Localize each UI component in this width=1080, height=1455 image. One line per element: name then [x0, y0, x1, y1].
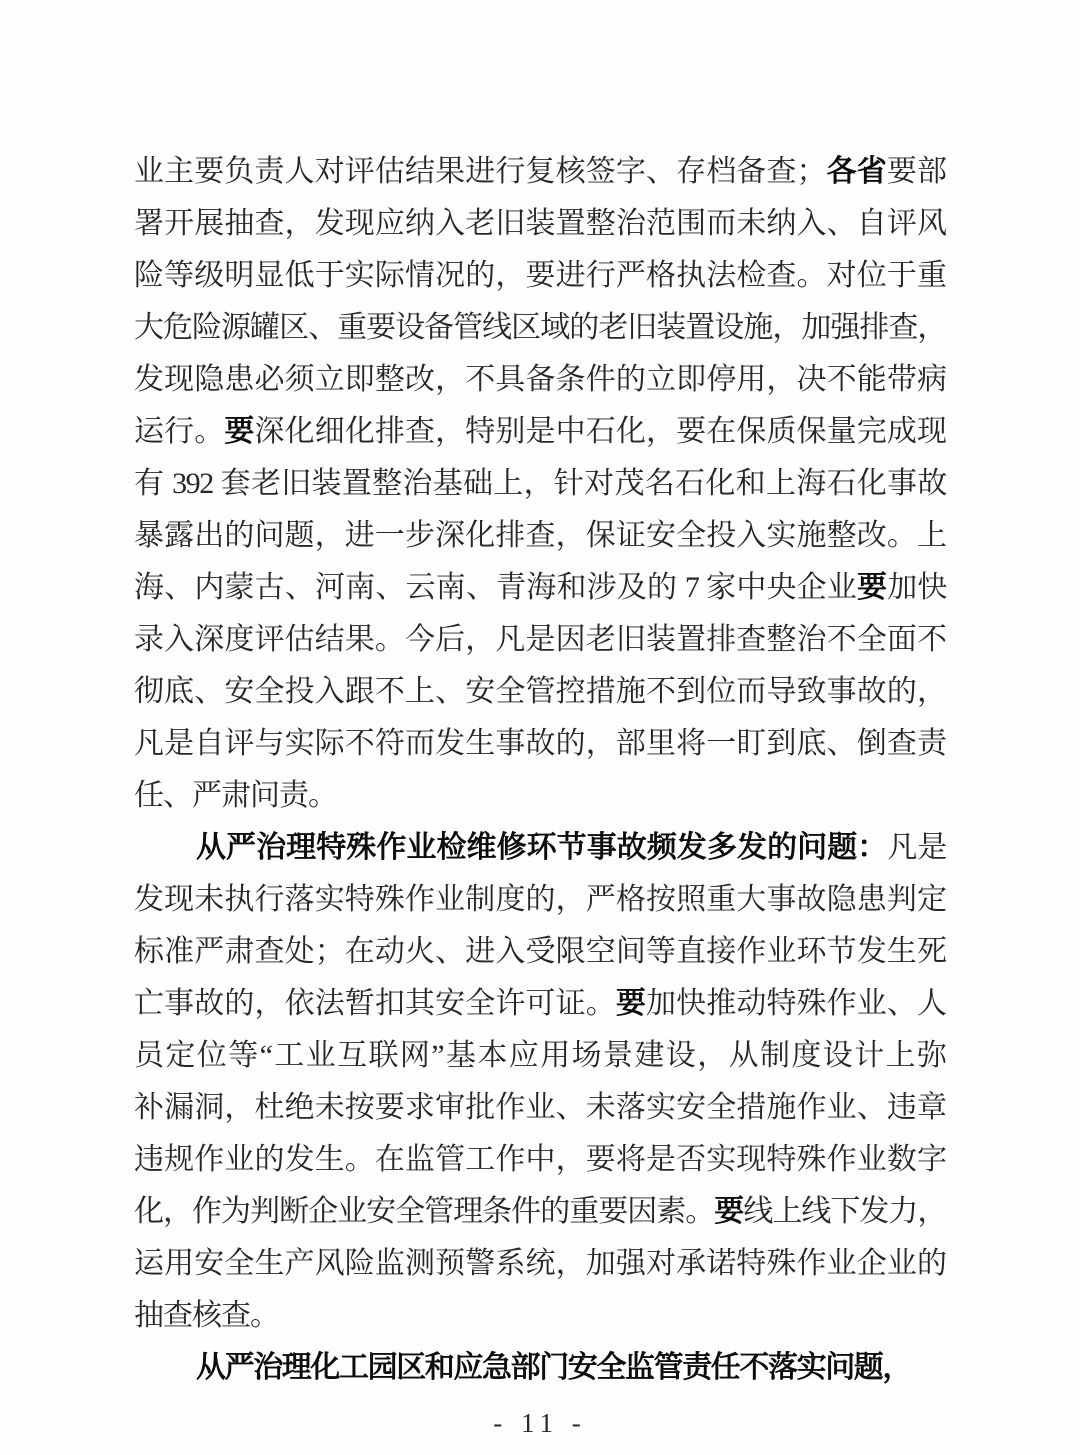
text-block: 业主要负责人对评估结果进行复核签字、存档备查；各省要部署开展抽查，发现应纳入老旧… [134, 146, 946, 1394]
text-run: 凡是自评与实际不符而发生事故的，部里将一盯到底、倒查责 [134, 727, 946, 760]
bold-text-run: 要 [857, 571, 887, 604]
text-run: 业主要负责人对评估结果进行复核签字、存档备查； [134, 155, 826, 188]
text-run: 署开展抽查，发现应纳入老旧装置整治范围而未纳入、自评风 [134, 207, 946, 240]
text-line: 标准严肃查处；在动火、进入受限空间等直接作业环节发生死 [134, 926, 946, 978]
text-line: 亡事故的，依法暂扣其安全许可证。要加快推动特殊作业、人 [134, 978, 946, 1030]
text-run: 线上线下发力， [743, 1195, 946, 1228]
text-run: 化，作为判断企业安全管理条件的重要因素。 [134, 1195, 714, 1228]
text-line: 员定位等“工业互联网”基本应用场景建设，从制度设计上弥 [134, 1030, 946, 1082]
text-run: 要部 [887, 155, 946, 188]
text-line: 抽查核查。 [134, 1290, 946, 1342]
bold-text-run: 从严治理特殊作业检维修环节事故频发多发的问题： [196, 831, 887, 864]
text-line: 有 392 套老旧装置整治基础上，针对茂名石化和上海石化事故 [134, 458, 946, 510]
text-run: 发现隐患必须立即整改，不具备条件的立即停用，决不能带病 [134, 363, 946, 396]
text-line: 任、严肃问责。 [134, 770, 946, 822]
page-number: - 11 - [0, 1408, 1080, 1439]
text-run: 险等级明显低于实际情况的，要进行严格执法检查。对位于重 [134, 259, 946, 292]
text-line: 发现未执行落实特殊作业制度的，严格按照重大事故隐患判定 [134, 874, 946, 926]
text-run: 亡事故的，依法暂扣其安全许可证。 [134, 987, 616, 1020]
text-run: 加快 [887, 571, 946, 604]
text-run: 有 392 套老旧装置整治基础上，针对茂名石化和上海石化事故 [134, 467, 946, 500]
bold-text-run: 要 [616, 987, 646, 1020]
text-line: 运行。要深化细化排查，特别是中石化，要在保质保量完成现 [134, 406, 946, 458]
text-run: 发现未执行落实特殊作业制度的，严格按照重大事故隐患判定 [134, 883, 946, 916]
text-line: 录入深度评估结果。今后，凡是因老旧装置排查整治不全面不 [134, 614, 946, 666]
text-run: 运用安全生产风险监测预警系统，加强对承诺特殊作业企业的 [134, 1247, 946, 1280]
text-line: 违规作业的发生。在监管工作中，要将是否实现特殊作业数字 [134, 1134, 946, 1186]
bold-text-run: 要 [224, 415, 254, 448]
text-run: 抽查核查。 [134, 1299, 279, 1332]
text-run: 运行。 [134, 415, 224, 448]
bold-text-run: 各省 [826, 155, 887, 188]
text-line: 从严治理特殊作业检维修环节事故频发多发的问题：凡是 [134, 822, 946, 874]
text-line: 发现隐患必须立即整改，不具备条件的立即停用，决不能带病 [134, 354, 946, 406]
text-run: 员定位等“工业互联网”基本应用场景建设，从制度设计上弥 [134, 1039, 946, 1072]
text-line: 从严治理化工园区和应急部门安全监管责任不落实问题， [134, 1342, 946, 1394]
text-line: 运用安全生产风险监测预警系统，加强对承诺特殊作业企业的 [134, 1238, 946, 1290]
text-line: 补漏洞，杜绝未按要求审批作业、未落实安全措施作业、违章 [134, 1082, 946, 1134]
text-run: 标准严肃查处；在动火、进入受限空间等直接作业环节发生死 [134, 935, 946, 968]
text-line: 大危险源罐区、重要设备管线区域的老旧装置设施，加强排查， [134, 302, 946, 354]
bold-text-run: 要 [714, 1195, 743, 1228]
text-line: 署开展抽查，发现应纳入老旧装置整治范围而未纳入、自评风 [134, 198, 946, 250]
text-run: 任、严肃问责。 [134, 779, 337, 812]
text-run: 凡是 [887, 831, 946, 864]
text-run: 深化细化排查，特别是中石化，要在保质保量完成现 [254, 415, 946, 448]
text-run: 海、内蒙古、河南、云南、青海和涉及的 7 家中央企业 [134, 571, 857, 604]
text-run: 彻底、安全投入跟不上、安全管控措施不到位而导致事故的， [134, 675, 946, 708]
text-line: 险等级明显低于实际情况的，要进行严格执法检查。对位于重 [134, 250, 946, 302]
text-line: 彻底、安全投入跟不上、安全管控措施不到位而导致事故的， [134, 666, 946, 718]
text-run: 加快推动特殊作业、人 [646, 987, 946, 1020]
text-run: 暴露出的问题，进一步深化排查，保证安全投入实施整改。上 [134, 519, 946, 552]
text-run: 补漏洞，杜绝未按要求审批作业、未落实安全措施作业、违章 [134, 1091, 946, 1124]
text-run: 违规作业的发生。在监管工作中，要将是否实现特殊作业数字 [134, 1143, 946, 1176]
text-run: 大危险源罐区、重要设备管线区域的老旧装置设施，加强排查， [134, 311, 946, 344]
document-page: 业主要负责人对评估结果进行复核签字、存档备查；各省要部署开展抽查，发现应纳入老旧… [0, 0, 1080, 1455]
bold-text-run: 从严治理化工园区和应急部门安全监管责任不落实问题， [196, 1351, 911, 1384]
text-run: 录入深度评估结果。今后，凡是因老旧装置排查整治不全面不 [134, 623, 946, 656]
text-line: 业主要负责人对评估结果进行复核签字、存档备查；各省要部 [134, 146, 946, 198]
text-line: 暴露出的问题，进一步深化排查，保证安全投入实施整改。上 [134, 510, 946, 562]
text-line: 海、内蒙古、河南、云南、青海和涉及的 7 家中央企业要加快 [134, 562, 946, 614]
text-line: 凡是自评与实际不符而发生事故的，部里将一盯到底、倒查责 [134, 718, 946, 770]
text-line: 化，作为判断企业安全管理条件的重要因素。要线上线下发力， [134, 1186, 946, 1238]
